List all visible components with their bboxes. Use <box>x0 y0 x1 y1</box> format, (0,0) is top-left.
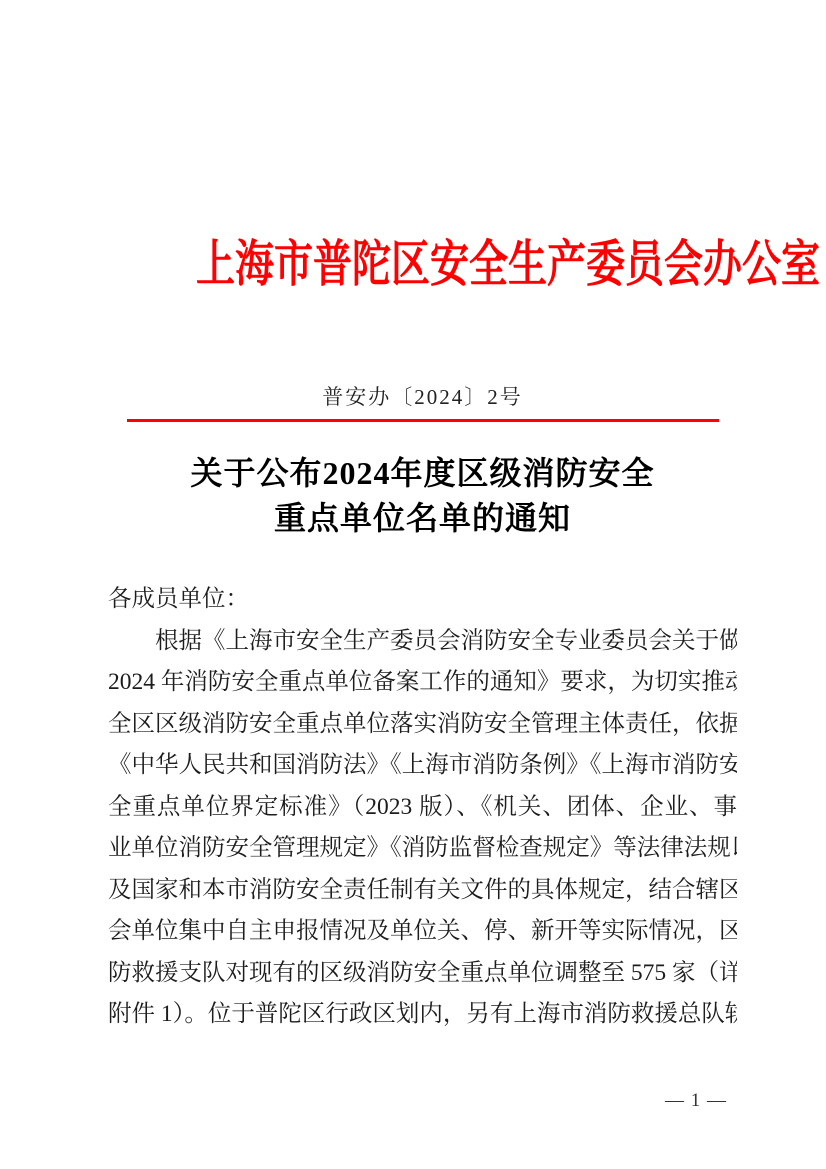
document-title: 关于公布2024年度区级消防安全 重点单位名单的通知 <box>108 451 737 541</box>
document-title-line2: 重点单位名单的通知 <box>108 496 737 541</box>
body-line-3: 全区区级消防安全重点单位落实消防安全管理主体责任，依据 <box>108 704 737 746</box>
body-line-4: 《中华人民共和国消防法》《上海市消防条例》《上海市消防安 <box>108 745 737 787</box>
body-line-10: 附件 1）。位于普陀区行政区划内，另有上海市消防救援总队轨 <box>108 994 737 1036</box>
body-line-6: 业单位消防安全管理规定》《消防监督检查规定》等法律法规以 <box>108 828 737 870</box>
body-line-1: 根据《上海市安全生产委员会消防安全专业委员会关于做好 <box>108 621 737 663</box>
body-line-7: 及国家和本市消防安全责任制有关文件的具体规定，结合辖区社 <box>108 870 737 912</box>
body-line-2: 2024 年消防安全重点单位备案工作的通知》要求，为切实推动 <box>108 662 737 704</box>
document-page: 上海市普陀区安全生产委员会办公室 普安办〔2024〕2号 关于公布2024年度区… <box>0 0 826 1169</box>
page-number: — 1 — <box>665 1090 727 1112</box>
agency-letterhead: 上海市普陀区安全生产委员会办公室 <box>108 234 737 307</box>
body-line-8: 会单位集中自主申报情况及单位关、停、新开等实际情况，区消 <box>108 911 737 953</box>
salutation: 各成员单位： <box>108 579 737 621</box>
agency-title-text: 上海市普陀区安全生产委员会办公室 <box>196 234 820 294</box>
doc-number: 普安办〔2024〕2号 <box>108 384 737 410</box>
document-title-line1: 关于公布2024年度区级消防安全 <box>108 451 737 496</box>
body-line-9: 防救援支队对现有的区级消防安全重点单位调整至 575 家（详见 <box>108 953 737 995</box>
body-line-5: 全重点单位界定标准》（2023 版）、《机关、团体、企业、事 <box>108 787 737 829</box>
red-divider-line <box>127 419 719 422</box>
document-body: 各成员单位： 根据《上海市安全生产委员会消防安全专业委员会关于做好 2024 年… <box>108 579 737 1036</box>
